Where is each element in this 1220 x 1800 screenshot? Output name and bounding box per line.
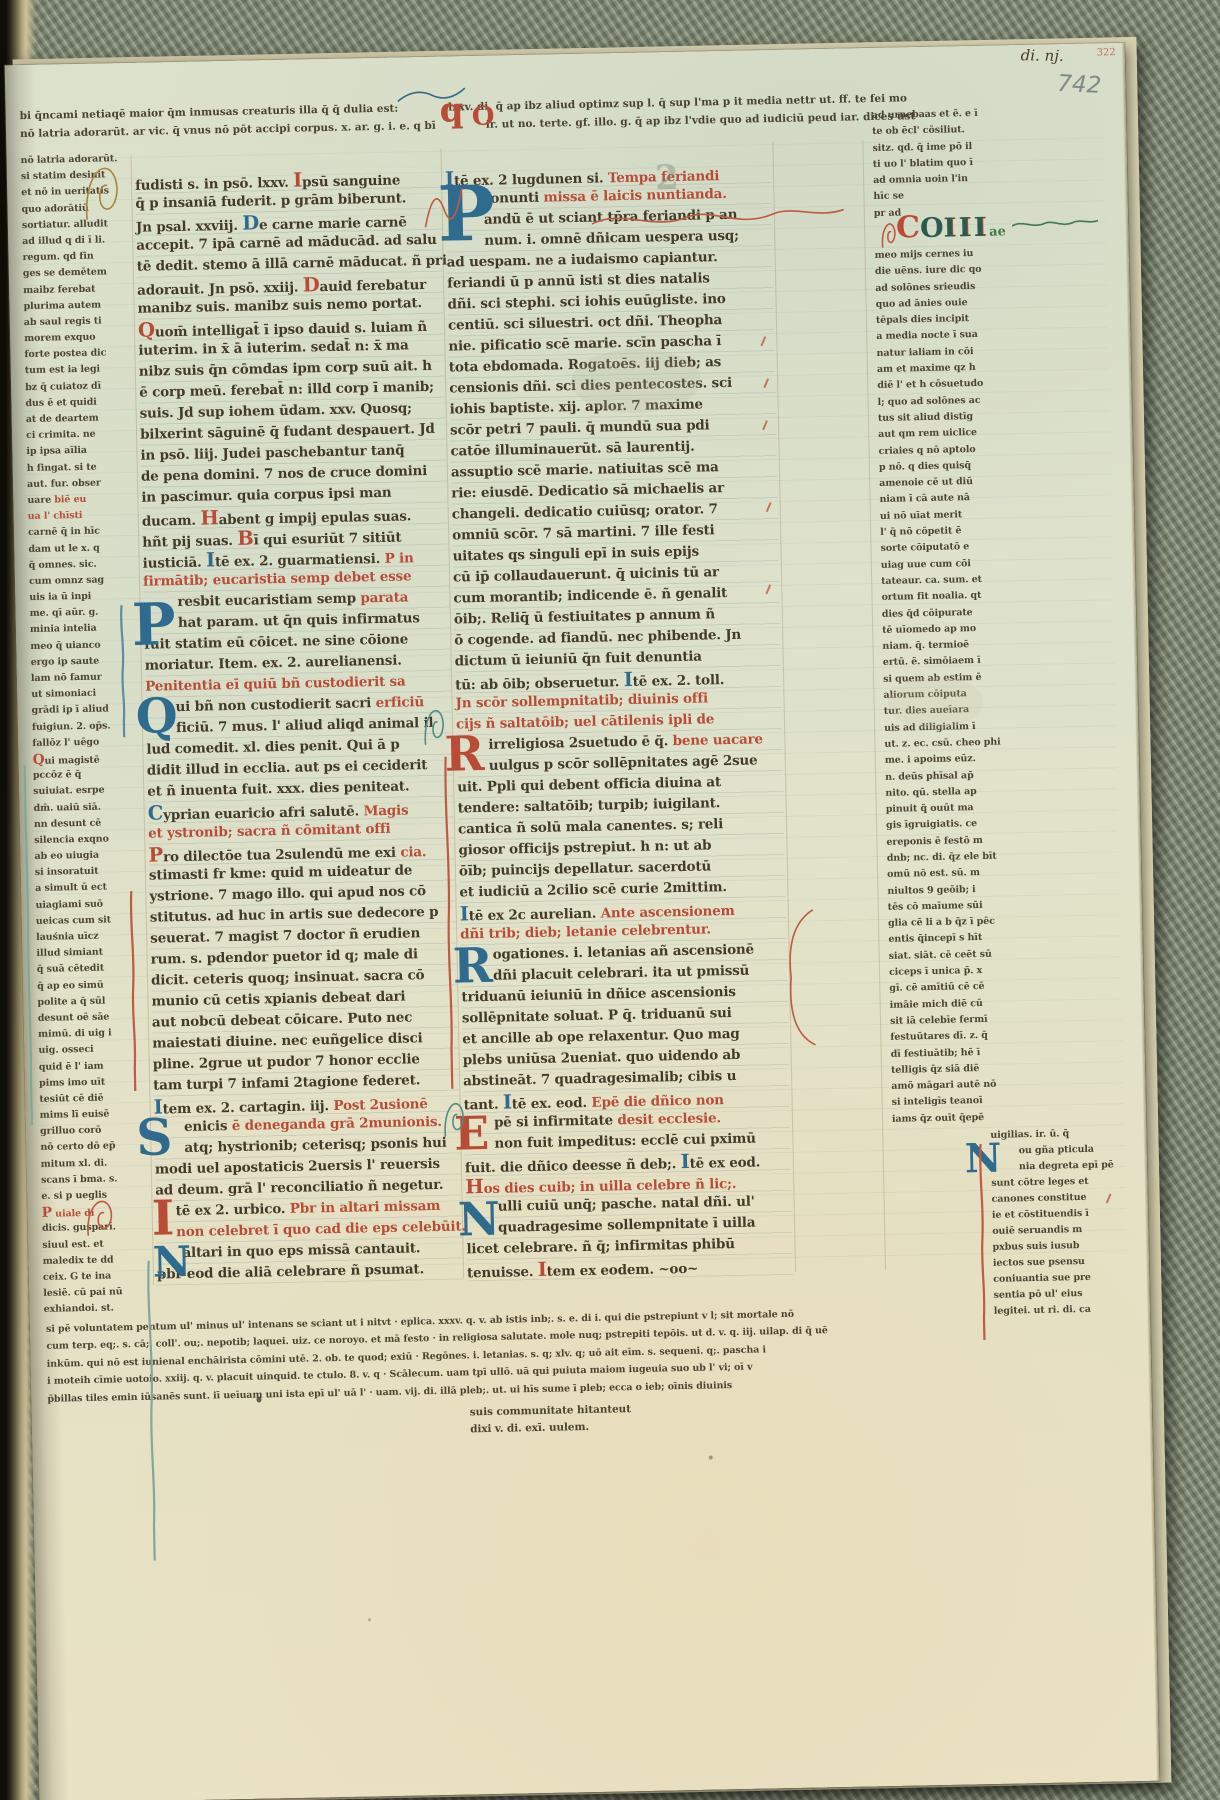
rubric-text: P [148, 843, 163, 866]
decorated-initial-I: I [151, 1198, 174, 1239]
rubric-text: I [537, 1258, 546, 1281]
bottom-gloss-paragraph: si pē voluntatem pentum ul' minus ul' in… [46, 1299, 1128, 1408]
folio-number-pencil: 742 [1057, 71, 1102, 99]
ink-text: iusticiā. [143, 554, 207, 571]
blue-initial-text: I [460, 902, 469, 925]
ink-text: nia degreta epī pē [1019, 1159, 1114, 1172]
decorated-initial-E: E [454, 1114, 490, 1154]
blue-initial-text: C [147, 801, 163, 824]
ink-text: ogationes. i. letanias añ ascensionē [492, 942, 754, 963]
ink-text: psū sanguine [302, 173, 400, 191]
rubric-text: cijs ñ saltatōib; uel cātilenis ipli de [456, 711, 715, 732]
rubric-text: firmātib; eucaristia semp debet esse [143, 568, 412, 589]
right-margin-gloss: meo mijs cernes iudie uēns. iure dic qoa… [875, 244, 1115, 1128]
decorated-initial-2: 2 [655, 164, 679, 193]
right-margin-gloss-top: ad urnebaas et ē. e īte ob ēcl' cōsiliut… [872, 104, 1094, 222]
manuscript-photograph: bi q̄ncami netiaqē maior q̄m inmusas cre… [0, 0, 1220, 1800]
ink-text: irreligiosa 2suetudo ē q̄. [488, 733, 673, 753]
decorated-initial-P: P [437, 182, 495, 248]
main-text-column-1: fudisti s. in psō. lxxv. Ipsū sanguineq̄… [135, 167, 463, 1286]
rubric-text: missa ē laicis nuntianda. [543, 186, 727, 206]
text-line: iams q̄z ouīt q̄epē [892, 1107, 1114, 1128]
ink-text: tē ex 2. urbico. [176, 1201, 290, 1219]
shelfmark-ink-note: di. nj. [1021, 46, 1064, 65]
ink-text: ulli cuiū unq̄; pasche. natal dñi. ul' [498, 1194, 755, 1215]
main-text-column-2: Itē ex. 2 lugdunen si. Tempa feriandiron… [445, 162, 793, 1281]
ink-text: tē ex eod. [689, 1154, 760, 1171]
rubric-text: Ante ascensionem [600, 903, 734, 922]
chapter-number-heading: COIIIae [896, 208, 1006, 245]
parchment-stain [709, 1455, 713, 1459]
decorated-initial-R: R [452, 946, 493, 988]
rubric-text: parata [360, 589, 408, 606]
decorated-initial-S: S [136, 1116, 173, 1159]
bottom-closing-lines: suis communitate hitanteutdixi v. di. ex… [470, 1398, 801, 1439]
rubric-text: dñi trib; dieb; letanie celebrentur. [460, 921, 711, 942]
ink-text: atq; hystrionib; ceterisq; psonis hui [184, 1135, 446, 1156]
ink-text: andū ē ut sciant tp̄ra feriandi p an [484, 207, 738, 228]
rubric-text: erficiū [375, 694, 424, 711]
ink-text: uare [27, 494, 54, 506]
text-line: exhiandoi. st. [44, 1300, 166, 1319]
ink-text: non fuit impeditus: ecclē cui pximū [494, 1131, 756, 1152]
rubric-text: ē deneganda grā 2munionis. [232, 1114, 442, 1134]
ink-text: ou gña pticula [1019, 1144, 1094, 1157]
blue-initial-text: I [503, 1090, 512, 1113]
ink-text: resbit eucaristiam semp [177, 590, 360, 610]
ink-text: pē si infirmitate [494, 1112, 618, 1130]
heading-numeral-iii: III [943, 213, 989, 244]
blue-initial-text: I [623, 668, 632, 691]
decorated-initial-N: N [964, 1142, 1001, 1177]
rubric-text: H [200, 506, 219, 529]
rubric-text: et ystronib; sacra ñ cōmitant offi [148, 821, 391, 842]
decorated-initial-O: O [472, 106, 495, 129]
ink-text: ficiū. 7 mus. l' aliud aliqd animal il [176, 715, 434, 736]
rubric-text: bene uacare [673, 731, 763, 749]
ink-text: enicis [184, 1118, 232, 1135]
rubric-text: ua l' chīsti [28, 510, 83, 522]
ink-text: altari in quo eps missā cantauit. [182, 1240, 420, 1261]
heading-letter-o: O [920, 213, 944, 244]
heading-letter-c: C [896, 210, 921, 245]
rubric-text: Magis [363, 802, 408, 819]
decorated-initial-R: R [444, 734, 485, 776]
decorated-initial-q: q [439, 96, 463, 125]
rubric-text: biē eu [54, 494, 86, 506]
ink-text: ui magistē [44, 755, 99, 767]
ink-text: ducam. [142, 513, 201, 530]
folio-number-red: 322 [1097, 47, 1116, 58]
ink-text: tē ex. 2. toll. [633, 672, 725, 690]
decorated-initial-P: P [131, 600, 176, 650]
parchment-stain [368, 1618, 371, 1621]
rubric-text: Pbr in altari missam [290, 1198, 441, 1217]
ink-text: uulgus p scōr sollēpnitates agē 2sue [489, 752, 758, 773]
pen-decorations: qO2PQSINPRRENN [5, 43, 1125, 65]
blue-initial-text: I [680, 1150, 689, 1173]
rubric-text: cia. [400, 844, 426, 861]
heading-suffix-ae: ae [989, 224, 1006, 239]
ink-text: tē ex. eod. [512, 1095, 592, 1113]
ink-text: tem ex eodem. ~oo~ [547, 1261, 699, 1280]
ink-text: tenuisse. [467, 1264, 538, 1281]
rubric-text: Q [138, 318, 155, 341]
blue-initial-text: D [242, 211, 259, 234]
rubric-text: P in [384, 550, 413, 567]
decorated-initial-Q: Q [135, 696, 178, 738]
decorated-initial-N: N [152, 1244, 191, 1280]
rubric-text: Q [32, 752, 44, 768]
rubric-text: Jn scōr sollempnitatib; diuinis offi [455, 690, 708, 711]
ink-text: hat param. ut q̄n quis infirmatus [178, 610, 420, 631]
manuscript-leaf: bi q̄ncami netiaqē maior q̄m inmusas cre… [5, 43, 1160, 1800]
rubric-text: Post 2usionē [333, 1096, 428, 1114]
ink-text: dñi placuit celebrari. ita ut pmissū [493, 963, 749, 984]
bottom-right-gloss: uigilias. ir. ū. q̄ou gña pticulania deg… [990, 1125, 1140, 1320]
ink-text: ui bñ non custodierit sacri [175, 695, 375, 715]
rubric-text: Penitentia eī quiū bñ custodierit sa [145, 673, 406, 694]
rubric-text: D [303, 273, 320, 296]
rubric-text: P [42, 1205, 53, 1221]
rubric-text: non celebret ī quo cad die eps celebūit. [176, 1218, 466, 1240]
ink-text: hñt pij suas. [142, 533, 237, 551]
rubric-text: uiale di [52, 1208, 95, 1220]
ink-text: quadragesime sollempnitate ī uilla [498, 1215, 756, 1236]
rubric-text: I [293, 168, 302, 191]
rubric-text: B [237, 527, 254, 550]
rubric-text: desit ecclesie. [617, 1110, 721, 1128]
ink-text: num. i. omnē dñicam uespera usq; [484, 228, 739, 249]
decorated-initial-N: N [458, 1200, 501, 1240]
